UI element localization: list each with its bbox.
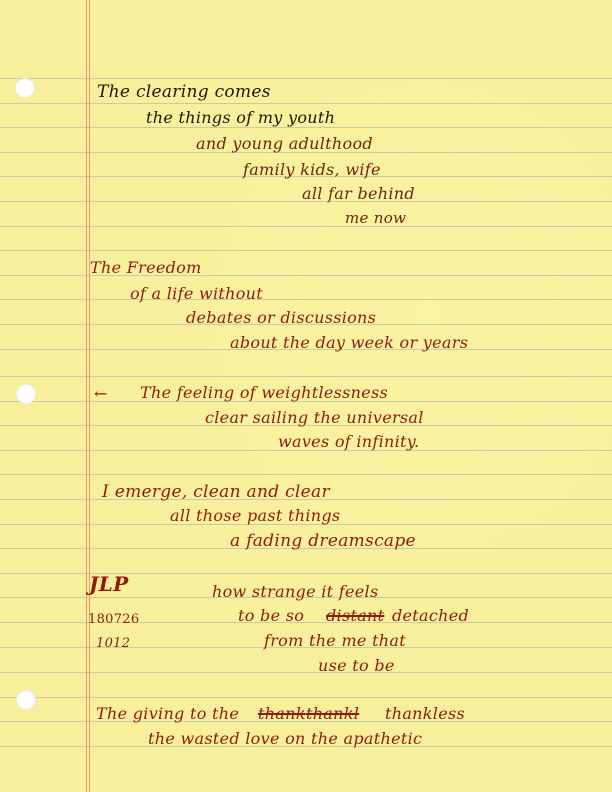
rule-line — [0, 78, 612, 79]
margin-line — [89, 0, 90, 792]
punch-hole — [16, 384, 36, 404]
poem-line: detached — [392, 606, 469, 625]
poem-line: how strange it feels — [212, 582, 378, 601]
poem-line: from the me that — [264, 631, 406, 650]
struck-word: thankl — [306, 704, 359, 723]
rule-line — [0, 697, 612, 698]
date-stamp: 180726 — [88, 612, 139, 627]
poem-line: thankless — [385, 704, 465, 723]
poem-line: The Freedom — [90, 258, 202, 277]
poem-line: the wasted love on the apathetic — [148, 729, 422, 748]
poem-line: waves of infinity. — [278, 432, 419, 451]
time-stamp: 1012 — [96, 636, 130, 651]
poem-line: me now — [345, 209, 406, 227]
struck-word: distant — [326, 606, 384, 625]
poem-line: all those past things — [170, 506, 340, 525]
rule-line — [0, 299, 612, 300]
margin-line — [86, 0, 87, 792]
poem-line: I emerge, clean and clear — [102, 482, 330, 502]
rule-line — [0, 376, 612, 377]
poem-line: The feeling of weightlessness — [140, 383, 388, 402]
poem-line: about the day week or years — [230, 333, 468, 352]
poem-line: The giving to the — [96, 704, 239, 723]
poem-line: use to be — [318, 656, 395, 675]
poem-line: all far behind — [302, 184, 415, 203]
poem-line: and young adulthood — [196, 134, 373, 153]
poem-line: of a life without — [130, 284, 263, 303]
rule-line — [0, 672, 612, 673]
poem-line: to be so — [238, 606, 304, 625]
rule-line — [0, 226, 612, 227]
author-initials: JLP — [89, 572, 128, 596]
punch-hole — [15, 78, 35, 98]
poem-line: clear sailing the universal — [205, 408, 424, 427]
rule-line — [0, 474, 612, 475]
poem-line: debates or discussions — [186, 308, 376, 327]
arrow-left-icon: ← — [94, 384, 108, 403]
rule-line — [0, 103, 612, 104]
rule-line — [0, 250, 612, 251]
poem-line: a fading dreamscape — [230, 531, 416, 551]
legal-pad-page: The clearing comes the things of my yout… — [0, 0, 612, 792]
punch-hole — [16, 690, 36, 710]
rule-line — [0, 127, 612, 128]
poem-line: the things of my youth — [146, 108, 335, 127]
poem-line: The clearing comes — [97, 82, 271, 102]
struck-word: thank — [258, 704, 306, 723]
poem-line: family kids, wife — [243, 160, 381, 179]
